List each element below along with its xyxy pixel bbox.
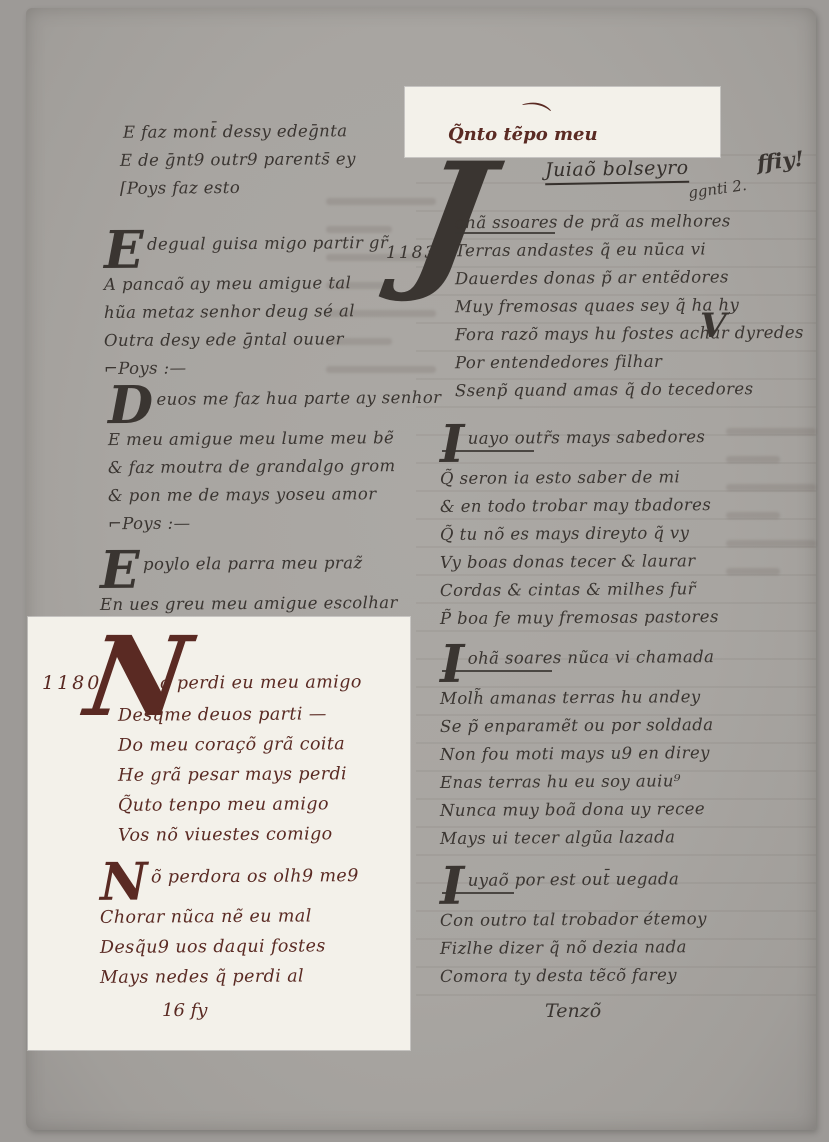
bleed-through-line	[726, 428, 816, 435]
highlight-region-top-right[interactable]	[405, 87, 720, 157]
stanza: Desq̃me deuos parti —Do meu coraçõ grã c…	[118, 700, 347, 850]
bleed-through-line	[726, 512, 780, 519]
genre-label: Tenzõ	[545, 1000, 601, 1022]
stanza-initial: I	[440, 645, 465, 685]
verse-line: Mays nedes q̃ perdi al	[100, 961, 359, 993]
margin-letter-v: V	[700, 306, 726, 346]
verse-line: I uayo outr̃s mays sabedores	[440, 423, 719, 465]
verse-line: E meu amigue meu lume meu bẽ	[108, 424, 442, 454]
rubric-first-line: Q̃nto tẽpo meu	[448, 124, 598, 145]
stanza-initial: I	[440, 425, 465, 465]
verse-line: Mays ui tecer algũa lazada	[440, 823, 715, 853]
verse-lines: Molh̃ amanas terras hu andeySe p̃ enpara…	[440, 684, 714, 852]
stanza-initial: N	[100, 863, 148, 903]
verse-line: Dauerdes donas p̃ ar entẽdores	[455, 263, 804, 293]
bleed-through	[726, 428, 816, 575]
stanza: I uayo outr̃s mays sabedores Q̃ seron ia…	[440, 424, 719, 632]
verse-line: N õ perdora os olh9 me9	[100, 861, 359, 903]
verse-line: Comora ty desta tẽcõ farey	[440, 961, 707, 991]
stanza: I uyaõ por est out̄ uegada Con outro tal…	[440, 866, 707, 990]
stanza-initial: E	[100, 551, 140, 591]
stanza-initial: D	[108, 386, 154, 426]
verse-lines: E de ḡnt9 outr9 parents̄ ey⌈Poys faz est…	[120, 146, 356, 202]
verse-lines: Chorar nũca nẽ eu malDesq̃u9 uos daqui f…	[100, 902, 359, 992]
verse-line: I ohã soares nũca vi chamada	[440, 643, 715, 685]
verse-lines: E meu amigue meu lume meu bẽ& faz moutra…	[108, 425, 441, 537]
verse-text: ohã soares nũca vi chamada	[468, 643, 715, 673]
stanza: D euos me faz hua parte ay senhor E meu …	[108, 385, 441, 537]
verse-lines: Terras andastes q̃ eu nūca viDauerdes do…	[455, 236, 804, 404]
stanza: E faz mont̄ dessy edeḡnta E de ḡnt9 outr…	[120, 118, 356, 202]
verse-line: Ssenp̃ quand amas q̃ do tecedores	[455, 375, 804, 405]
verse-line: E de ḡnt9 outr9 parents̄ ey	[120, 145, 356, 175]
verse-lines: A pancaõ ay meu amigue talhũa metaz senh…	[104, 270, 388, 382]
verse-text: euos me faz hua parte ay senhor	[156, 384, 441, 414]
verse-text: uayo outr̃s mays sabedores	[468, 423, 706, 453]
cantiga-number-right: 1183	[386, 243, 437, 263]
verse-line: A pancaõ ay meu amigue tal	[104, 269, 388, 299]
verse-line: E degual guisa migo partir gr̃	[104, 229, 388, 271]
stanza-initial: I	[440, 867, 465, 907]
verse-lines: Q̃ seron ia esto saber de mi& en todo tr…	[440, 464, 719, 632]
verse-line: Fizlhe dizer q̃ nõ dezia nada	[440, 933, 707, 963]
verse-line: Por entendedores filhar	[455, 347, 804, 377]
verse-line: o perdi eu meu amigo	[160, 667, 362, 698]
verse-line: Do meu coraçõ grã coita	[118, 729, 347, 761]
verse-line: Q̃uto tenpo meu amigo	[118, 789, 347, 821]
verse-line: Molh̃ amanas terras hu andey	[440, 683, 715, 713]
verse-lines: Con outro tal trobador étemoyFizlhe dize…	[440, 906, 707, 990]
verse-line: D euos me faz hua parte ay senhor	[108, 384, 442, 426]
stanza: N õ perdora os olh9 me9 Chorar nũca nẽ e…	[100, 862, 359, 992]
verse-line: En ues greu meu amigue escolhar	[100, 589, 398, 619]
verse-line: & pon me de mays yoseu amor	[108, 480, 442, 510]
verse-lines: En ues greu meu amigue escolhar	[100, 590, 398, 618]
verse-line: Fora razõ mays hu fostes achar dyredes	[455, 319, 804, 349]
verse-text: uyaõ por est out̄ uegada	[468, 865, 680, 894]
verse-line: Nunca muy boã dona uy recee	[440, 795, 715, 825]
verse-line: Desq̃me deuos parti —	[118, 699, 347, 731]
bleed-through-line	[726, 568, 780, 575]
verse-line: Q̃ seron ia esto saber de mi	[440, 463, 719, 493]
verse-line: Muy fremosas quaes sey q̃ ha hy	[455, 291, 804, 321]
verse-line: Vy boas donas tecer & laurar	[440, 547, 719, 577]
verse-line: Terras andastes q̃ eu nūca vi	[455, 235, 804, 265]
cantiga-number-left: 1180	[42, 672, 102, 694]
verse-text: degual guisa migo partir gr̃	[147, 229, 388, 259]
verse-line: He grã pesar mays perdi	[118, 759, 347, 791]
verse-line: Desq̃u9 uos daqui fostes	[100, 931, 359, 963]
quire-signature-mark: 16 fy	[162, 1000, 207, 1021]
verse-line: Enas terras hu eu soy auiu⁹	[440, 767, 715, 797]
verse-line: Chorar nũca nẽ eu mal	[100, 901, 359, 933]
verse-line: hũa metaz senhor deug sé al	[104, 297, 388, 327]
verse-line: Vos nõ viuestes comigo	[118, 819, 347, 851]
stanza: I ohã soares nũca vi chamada Molh̃ amana…	[440, 644, 714, 852]
name-underline	[442, 450, 534, 452]
stanza-initial: E	[104, 231, 144, 271]
verse-line: E faz mont̄ dessy edeḡnta	[120, 117, 356, 147]
stanza: o perdi eu meu amigo	[160, 668, 362, 698]
verse-line: Outra desy ede ḡntal ouuer	[104, 325, 388, 355]
verse-line: E poylo ela parra meu praz̃	[100, 549, 398, 591]
verse-line: P̃ boa fe muy fremosas pastores	[440, 603, 719, 633]
verse-text: E faz mont̄ dessy edeḡnta	[123, 117, 348, 147]
verse-line: ⌈Poys faz esto	[120, 173, 356, 203]
verse-line: Cordas & cintas & milhes fur̃	[440, 575, 719, 605]
verse-line: ⌐Poys :—	[108, 508, 442, 538]
name-underline	[455, 232, 555, 234]
verse-text: poylo ela parra meu praz̃	[143, 549, 363, 579]
stanza: E poylo ela parra meu praz̃ En ues greu …	[100, 550, 398, 618]
verse-line: & en todo trobar may tbadores	[440, 491, 719, 521]
bleed-through-line	[726, 456, 780, 463]
verse-line: I uyaõ por est out̄ uegada	[440, 865, 707, 907]
verse-line: Non fou moti mays u9 en direy	[440, 739, 715, 769]
verse-text: o perdi eu meu amigo	[160, 667, 362, 698]
name-underline	[442, 670, 552, 672]
author-attribution: Juiaõ bolseyro	[545, 157, 689, 186]
name-underline	[442, 892, 514, 894]
verse-line: Se p̃ enparamẽt ou por soldada	[440, 711, 715, 741]
verse-line: & faz moutra de grandalgo grom	[108, 452, 442, 482]
manuscript-scan: E faz mont̄ dessy edeḡnta E de ḡnt9 outr…	[0, 0, 829, 1142]
verse-text: õ perdora os olh9 me9	[151, 861, 359, 892]
verse-lines: Desq̃me deuos parti —Do meu coraçõ grã c…	[118, 700, 347, 850]
verse-line: Con outro tal trobador étemoy	[440, 905, 707, 935]
stanza: ohã ssoares de prã as melhores Terras an…	[455, 208, 804, 404]
bleed-through-line	[726, 484, 816, 491]
margin-annotation: ffiy!	[756, 146, 805, 176]
stanza: E degual guisa migo partir gr̃ A pancaõ …	[104, 230, 388, 382]
bleed-through-line	[726, 540, 816, 547]
verse-line: Q̃ tu nõ es mays direyto q̃ vy	[440, 519, 719, 549]
